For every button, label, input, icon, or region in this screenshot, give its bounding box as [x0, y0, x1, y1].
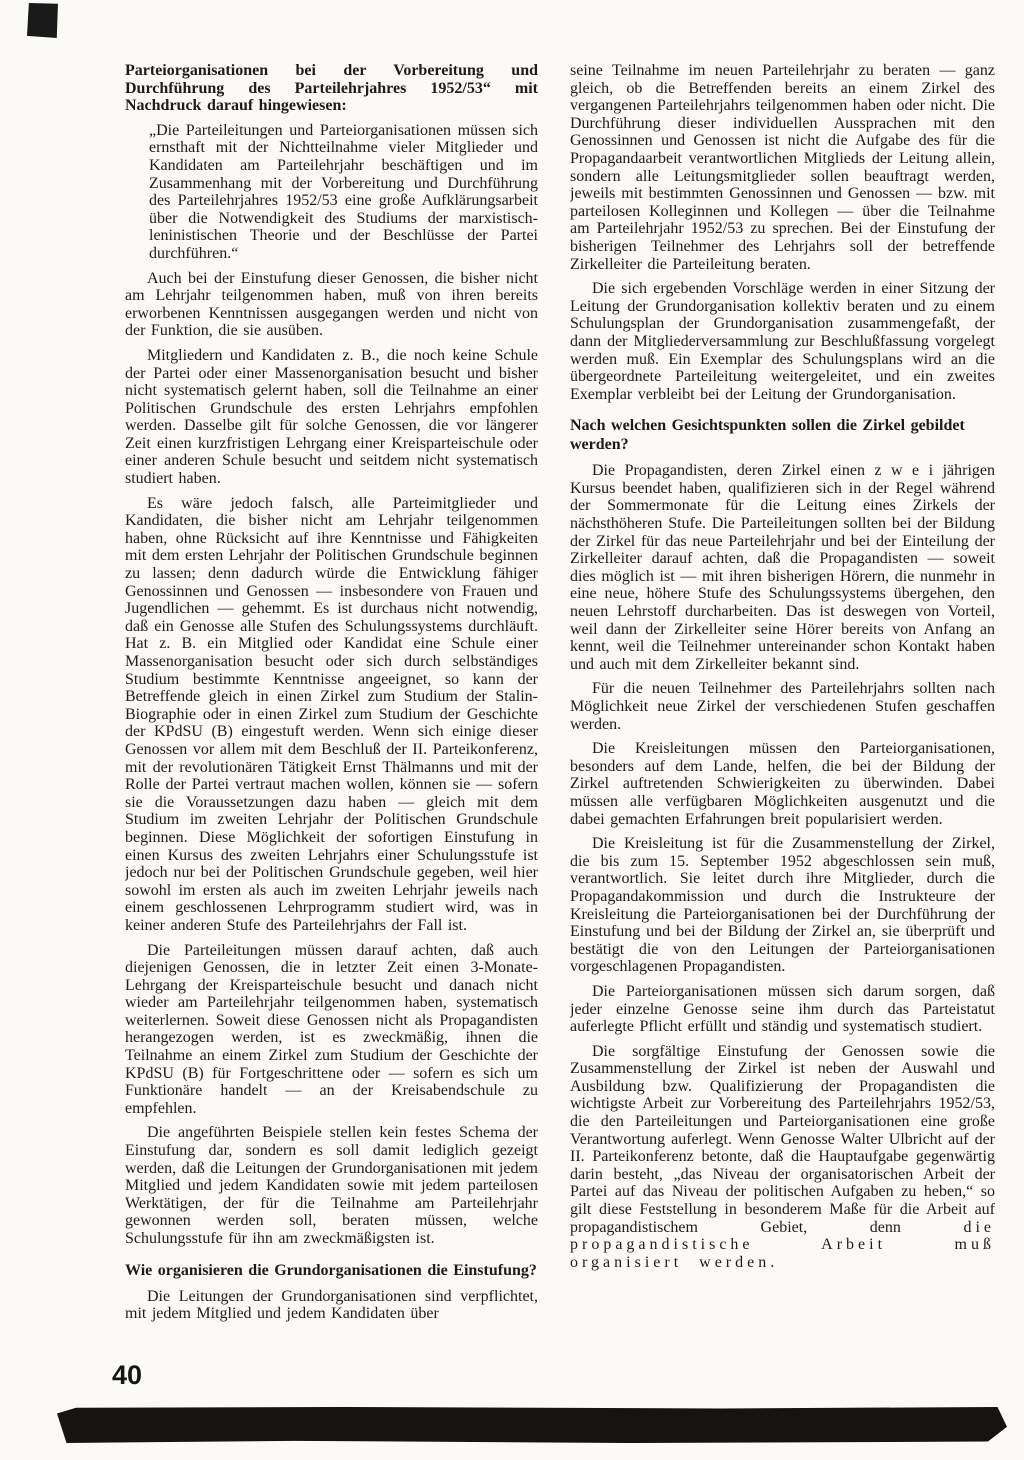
paragraph: seine Teilnahme im neuen Parteilehrjahr … — [570, 62, 995, 273]
section-heading: Nach welchen Gesichtspunkten sollen die … — [570, 416, 995, 454]
paragraph: Die Kreisleitungen müssen den Parteiorga… — [570, 740, 995, 828]
paragraph: Die Parteiorganisationen müssen sich dar… — [570, 983, 995, 1036]
letter-spaced-emphasis: die propagandistische Arbeit muß organis… — [570, 1219, 995, 1271]
scan-artifact-top-left — [27, 3, 58, 38]
paragraph: Die Kreisleitung ist für die Zusammenste… — [570, 835, 995, 976]
page-number: 40 — [112, 1360, 142, 1391]
quote-paragraph: „Die Parteileitungen und Parteiorganisat… — [125, 122, 538, 263]
scan-artifact-bottom-bar — [57, 1407, 1007, 1443]
paragraph: Für die neuen Teilnehmer des Parteilehrj… — [570, 680, 995, 733]
scanned-document-page: Parteiorganisationen bei der Vorbereitun… — [0, 0, 1024, 1460]
paragraph: Die Propagandisten, deren Zirkel einen z… — [570, 462, 995, 673]
left-text-column: Parteiorganisationen bei der Vorbereitun… — [125, 62, 538, 1362]
paragraph: Die angeführten Beispiele stellen kein f… — [125, 1124, 538, 1247]
paragraph: Auch bei der Einstufung dieser Genossen,… — [125, 270, 538, 340]
paragraph: Parteiorganisationen bei der Vorbereitun… — [125, 62, 538, 115]
paragraph: Die Leitungen der Grundorganisationen si… — [125, 1288, 538, 1323]
paragraph: Die sorgfältige Einstufung der Genossen … — [570, 1043, 995, 1272]
paragraph: Die sich ergebenden Vorschläge werden in… — [570, 280, 995, 403]
right-text-column: seine Teilnahme im neuen Parteilehrjahr … — [570, 62, 995, 1372]
section-heading: Wie organisieren die Grundorganisationen… — [125, 1261, 538, 1280]
paragraph: Die Parteileitungen müssen darauf achten… — [125, 942, 538, 1118]
paragraph: Es wäre jedoch falsch, alle Parteimitgli… — [125, 495, 538, 935]
paragraph: Mitgliedern und Kandidaten z. B., die no… — [125, 347, 538, 488]
